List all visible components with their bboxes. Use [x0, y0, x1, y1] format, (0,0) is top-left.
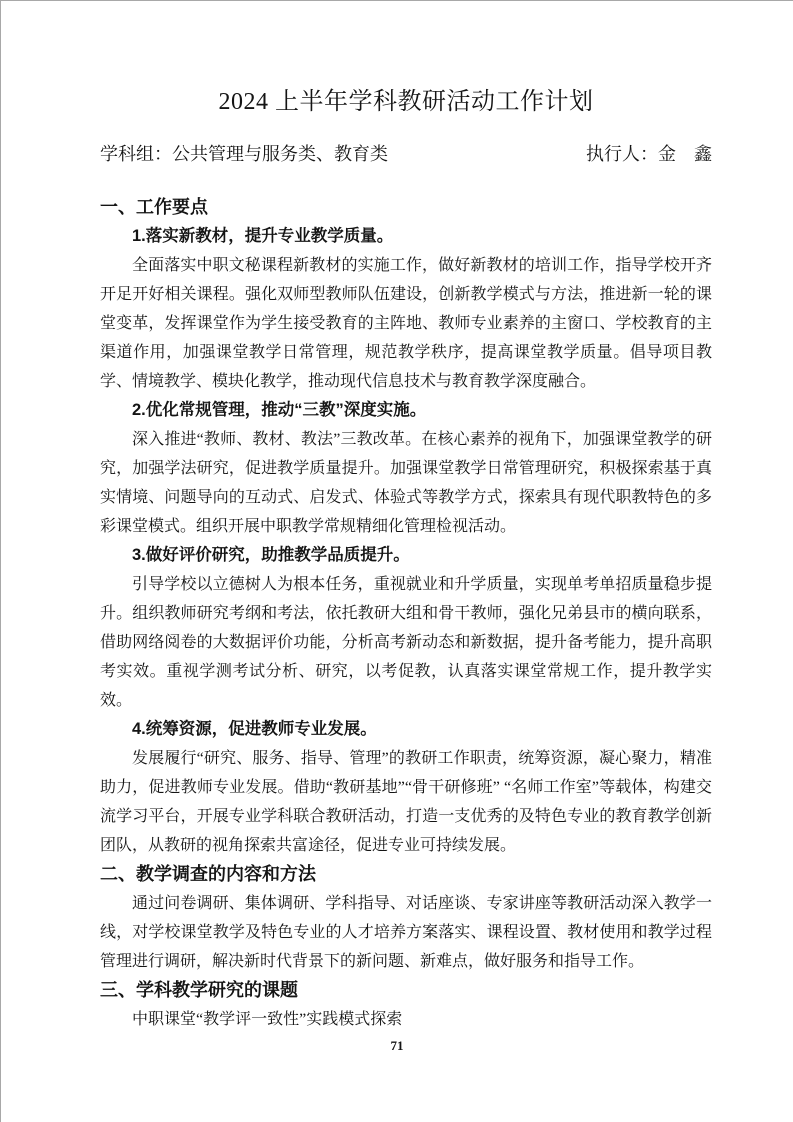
section-1-item-1-paragraph: 全面落实中职文秘课程新教材的实施工作，做好新教材的培训工作，指导学校开齐开足开好… [100, 251, 712, 396]
document-title: 2024 上半年学科教研活动工作计划 [100, 83, 712, 121]
executor-label: 执行人：金 鑫 [586, 139, 712, 169]
section-1-item-2-paragraph: 深入推进“教师、教材、教法”三教改革。在核心素养的视角下，加强课堂教学的研究，加… [100, 425, 712, 541]
research-topic-line: 中职课堂“教学评一致性”实践模式探索 [100, 1005, 712, 1034]
meta-row: 学科组：公共管理与服务类、教育类 执行人：金 鑫 [100, 139, 712, 169]
document-body: 一、工作要点 1.落实新教材，提升专业教学质量。 全面落实中职文秘课程新教材的实… [100, 193, 712, 1034]
section-1-item-3-subheading: 3.做好评价研究，助推教学品质提升。 [100, 541, 712, 570]
document-content: 2024 上半年学科教研活动工作计划 学科组：公共管理与服务类、教育类 执行人：… [100, 1, 712, 1034]
subject-group-label: 学科组：公共管理与服务类、教育类 [100, 139, 388, 169]
section-2-heading: 二、教学调查的内容和方法 [100, 860, 712, 889]
section-1-item-3-paragraph: 引导学校以立德树人为根本任务，重视就业和升学质量，实现单考单招质量稳步提升。组织… [100, 570, 712, 715]
document-page: 2024 上半年学科教研活动工作计划 学科组：公共管理与服务类、教育类 执行人：… [0, 0, 793, 1122]
section-1-item-1-subheading: 1.落实新教材，提升专业教学质量。 [100, 222, 712, 251]
section-2-paragraph: 通过问卷调研、集体调研、学科指导、对话座谈、专家讲座等教研活动深入教学一线，对学… [100, 889, 712, 976]
section-3-heading: 三、学科教学研究的课题 [100, 976, 712, 1005]
page-number: 71 [1, 1037, 793, 1055]
section-1-heading: 一、工作要点 [100, 193, 712, 222]
section-1-item-4-subheading: 4.统筹资源，促进教师专业发展。 [100, 715, 712, 744]
section-1-item-2-subheading: 2.优化常规管理，推动“三教”深度实施。 [100, 396, 712, 425]
section-1-item-4-paragraph: 发展履行“研究、服务、指导、管理”的教研工作职责，统筹资源，凝心聚力，精准助力，… [100, 744, 712, 860]
